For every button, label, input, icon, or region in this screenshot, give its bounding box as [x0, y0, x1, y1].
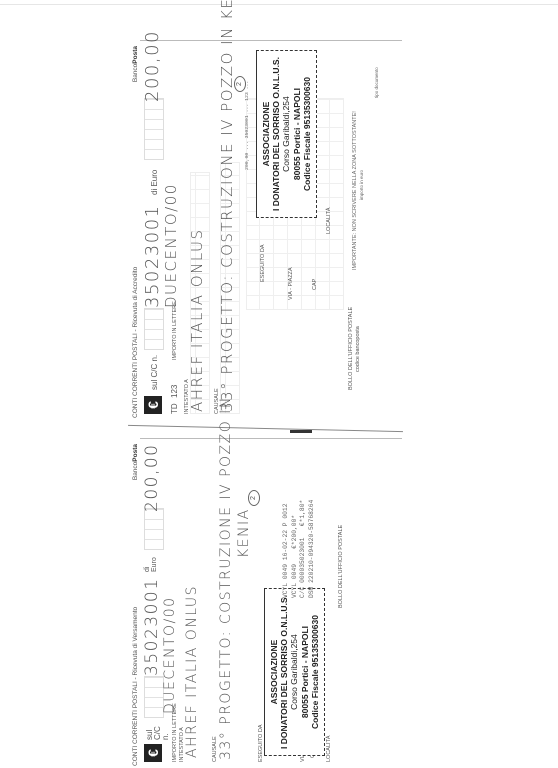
- slip-header: CONTI CORRENTI POSTALI - Ricevuta di Acc…: [132, 267, 139, 418]
- slip-border: [140, 40, 402, 41]
- td-label: TD: [170, 403, 179, 414]
- account-label: sul C/C n.: [150, 355, 159, 390]
- account-boxes: [144, 308, 164, 350]
- currency-label: di Euro: [150, 170, 159, 195]
- via-label: VIA - PIAZZA: [288, 267, 294, 300]
- slip-header: CONTI CORRENTI POSTALI - Ricevuta di Ver…: [132, 607, 139, 766]
- postal-receipt-print: VCYL 0049 16-02-22 P 0012VCYL 0049 €*200…: [282, 500, 316, 598]
- slip-border: [140, 438, 402, 439]
- amount-boxes: [144, 508, 164, 550]
- payee: AHREF ITALIA ONLUS: [184, 585, 200, 758]
- euro-icon: €: [144, 744, 162, 762]
- amount: 200,00: [142, 444, 162, 512]
- association-stamp: ASSOCIAZIONE I DONATORI DEL SORRISO O.N.…: [256, 50, 317, 218]
- amount-boxes: [144, 98, 164, 160]
- euro-icon: €: [144, 396, 162, 414]
- payee: AHREF ITALIA ONLUS: [188, 229, 206, 412]
- bollo-label: BOLLO DELL'UFFICIO POSTALE: [338, 525, 344, 608]
- localita-label: LOCALITÀ: [326, 735, 332, 762]
- causale-line-1: 33° PROGETTO: COSTRUZIONE IV POZZO IN: [218, 396, 234, 760]
- cap-label: CAP: [312, 279, 318, 290]
- localita-label: LOCALITÀ: [326, 207, 332, 234]
- causale-line-2: KENIA: [236, 508, 252, 558]
- currency-label: di Euro: [144, 554, 158, 572]
- fold-mark: [290, 430, 312, 433]
- account-number: 35023001: [142, 577, 162, 676]
- perforation-line: [128, 425, 403, 432]
- td-value: 123: [170, 385, 179, 398]
- account-boxes: [144, 676, 164, 718]
- causale-mark: 2: [248, 490, 260, 506]
- amount-words-label: IMPORTO IN LETTERE: [172, 301, 178, 360]
- page-edge: [0, 4, 558, 5]
- ocr-code: 200,00 ... 35023001 ... 123 ...: [245, 81, 250, 170]
- causale: 33° PROGETTO: COSTRUZIONE IV POZZO IN KE…: [218, 0, 236, 412]
- bancoposta-brand: BancoPosta: [132, 46, 139, 82]
- important-notice: IMPORTANTE: NON SCRIVERE NELLA ZONA SOTT…: [352, 111, 358, 270]
- bollo-label: BOLLO DELL'UFFICIO POSTALE: [348, 307, 354, 390]
- association-stamp: ASSOCIAZIONE I DONATORI DEL SORRISO O.N.…: [264, 588, 325, 756]
- tipo-documento: tipo documento: [374, 67, 379, 98]
- amount: 200,00: [142, 30, 163, 102]
- bancoposta-brand: BancoPosta: [132, 444, 139, 480]
- eseguito-label: ESEGUITO DA: [260, 245, 266, 283]
- account-label: sul C/C n.: [146, 724, 170, 740]
- amount-words: DUECENTO/00: [162, 183, 180, 308]
- notice-sub: importo in euro: [359, 170, 364, 200]
- amount-words: DUECENTO/00: [162, 596, 178, 714]
- bollo-sub: codice bancoposta: [355, 326, 361, 372]
- slip-ricevuta-versamento: CONTI CORRENTI POSTALI - Ricevuta di Ver…: [130, 438, 402, 768]
- account-number: 35023001: [142, 204, 163, 308]
- slip-ricevuta-accredito: CONTI CORRENTI POSTALI - Ricevuta di Acc…: [130, 40, 402, 420]
